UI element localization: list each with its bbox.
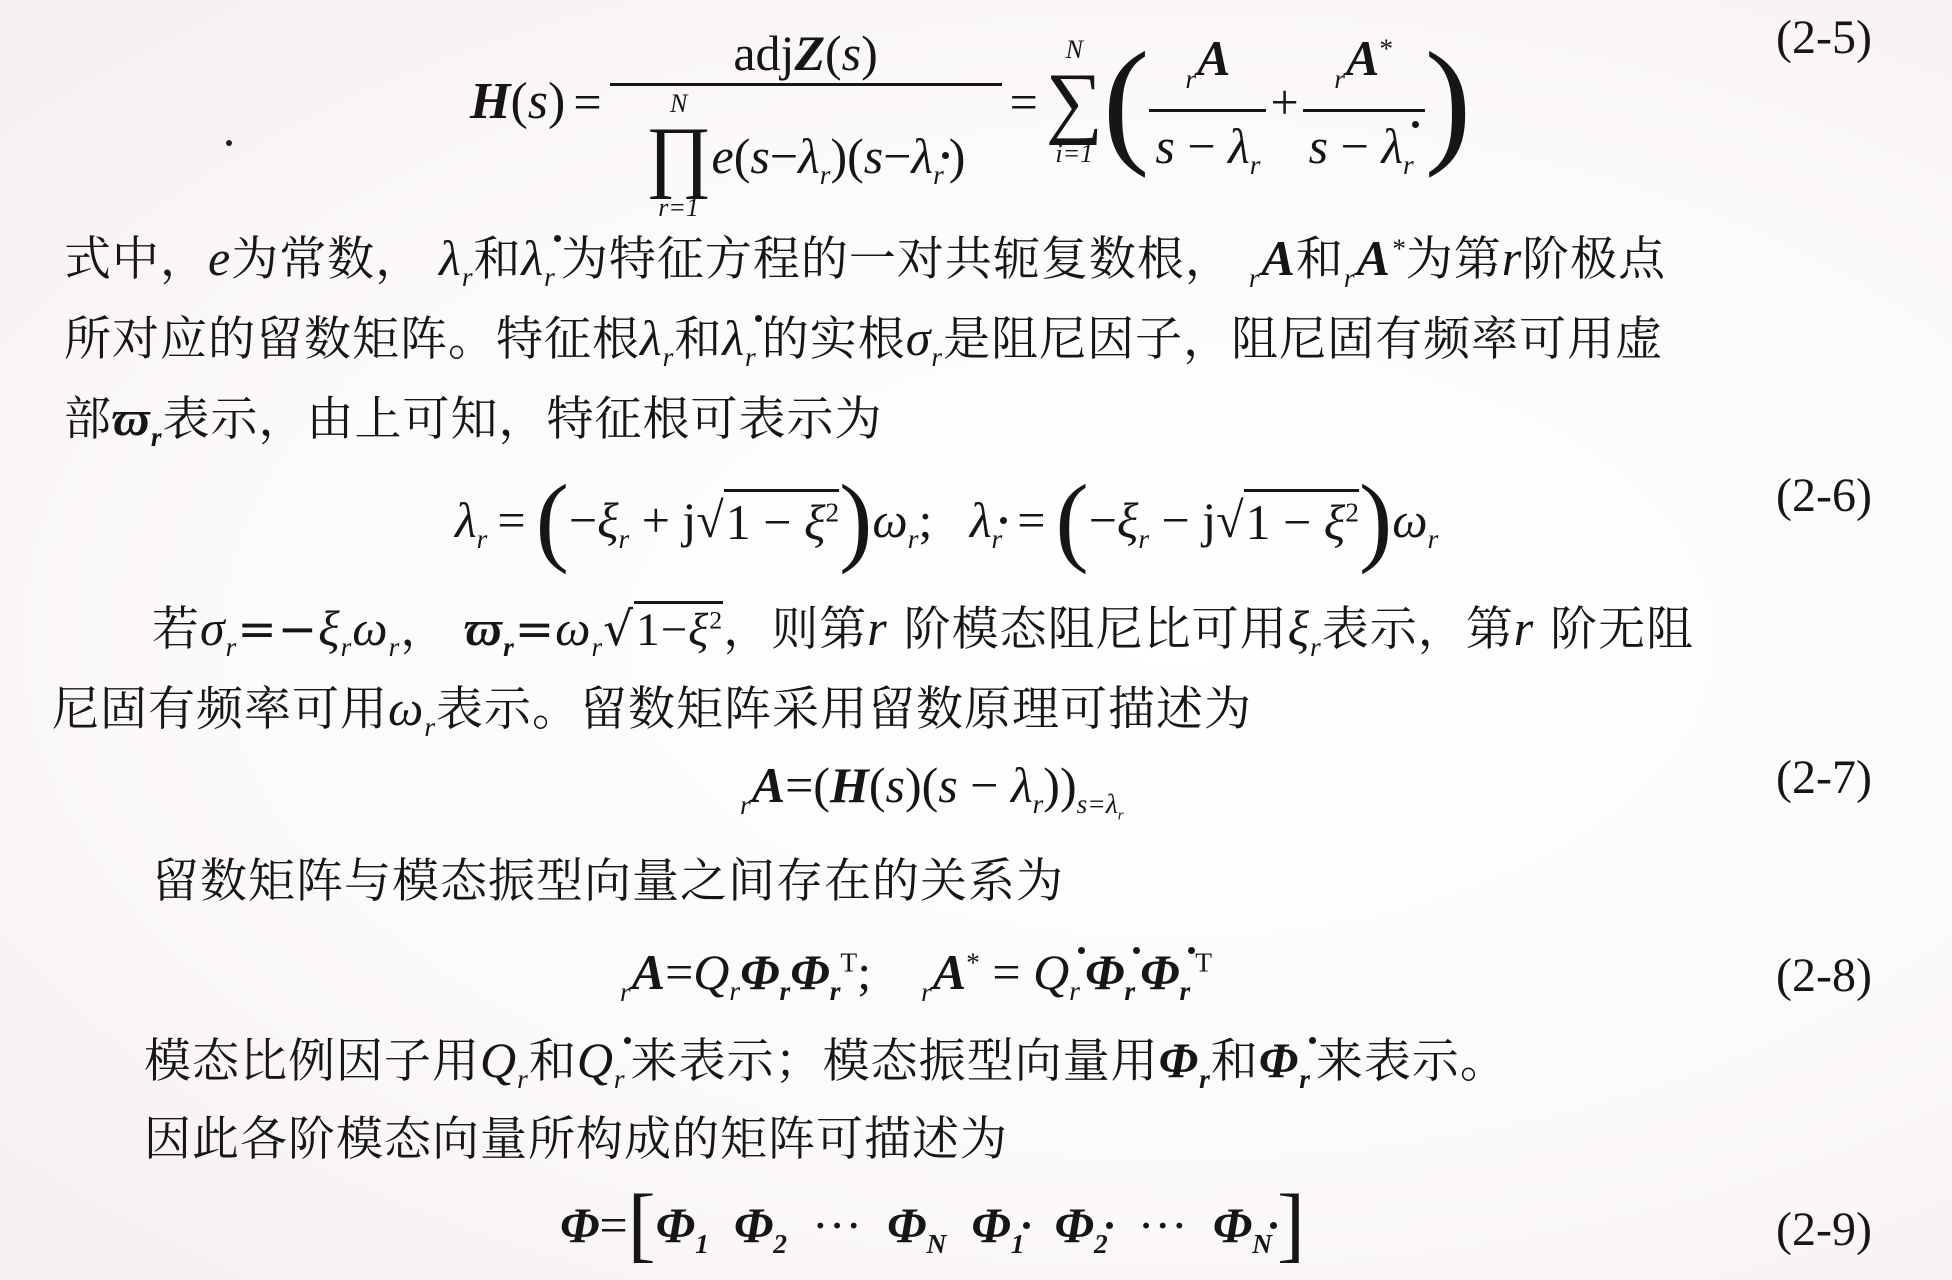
equation-2-9: Φ=[ Φ1 Φ2 ··· ΦN Φ1 Φ2 ··· ΦN ] <box>560 1190 1305 1260</box>
equation-2-6: λr= (−ξr + j√1 − ξ2)ωr; λr= (−ξr − j√1 −… <box>455 470 1438 570</box>
equation-number-2-5: (2-5) <box>1776 10 1872 65</box>
equation-number-2-6: (2-6) <box>1776 468 1872 523</box>
page-speck <box>226 140 232 146</box>
equation-number-2-9: (2-9) <box>1776 1202 1872 1257</box>
equation-2-8: rA=QrΦrΦrT; rA* = QrΦrΦrT <box>620 942 1212 1022</box>
paragraph-line: 所对应的留数矩阵。特征根λr和λr的实根σr是阻尼因子，阻尼固有频率可用虚 <box>64 308 1663 370</box>
paragraph-line: 部ϖr表示，由上可知，特征根可表示为 <box>64 388 883 450</box>
paragraph-line: 模态比例因子用Qr和Qr来表示；模态振型向量用Φr和Φr来表示。 <box>144 1030 1508 1092</box>
equation-number-2-8: (2-8) <box>1776 948 1872 1003</box>
paragraph-line: 若σr=−ξrωr， ϖr=ωr√1−ξ2，则第r 阶模态阻尼比可用ξr表示，第… <box>152 598 1694 660</box>
paragraph-line: 因此各阶模态向量所构成的矩阵可描述为 <box>144 1110 1008 1170</box>
paragraph-line: 留数矩阵与模态振型向量之间存在的关系为 <box>152 852 1064 912</box>
equation-2-5: H(s) = adjZ(s) N∏r=1 e(s − λr)(s − λr) =… <box>470 0 1471 212</box>
equation-number-2-7: (2-7) <box>1776 750 1872 805</box>
paragraph-line: 式中，e为常数， λr和λr为特征方程的一对共轭复数根， rA和rA*为第r阶极… <box>64 228 1666 308</box>
textbook-page: H(s) = adjZ(s) N∏r=1 e(s − λr)(s − λr) =… <box>0 0 1952 1280</box>
paragraph-line: 尼固有频率可用ωr表示。留数矩阵采用留数原理可描述为 <box>52 678 1252 740</box>
equation-2-7: rA=(H(s)(s − λr))s=λr <box>740 755 1124 835</box>
